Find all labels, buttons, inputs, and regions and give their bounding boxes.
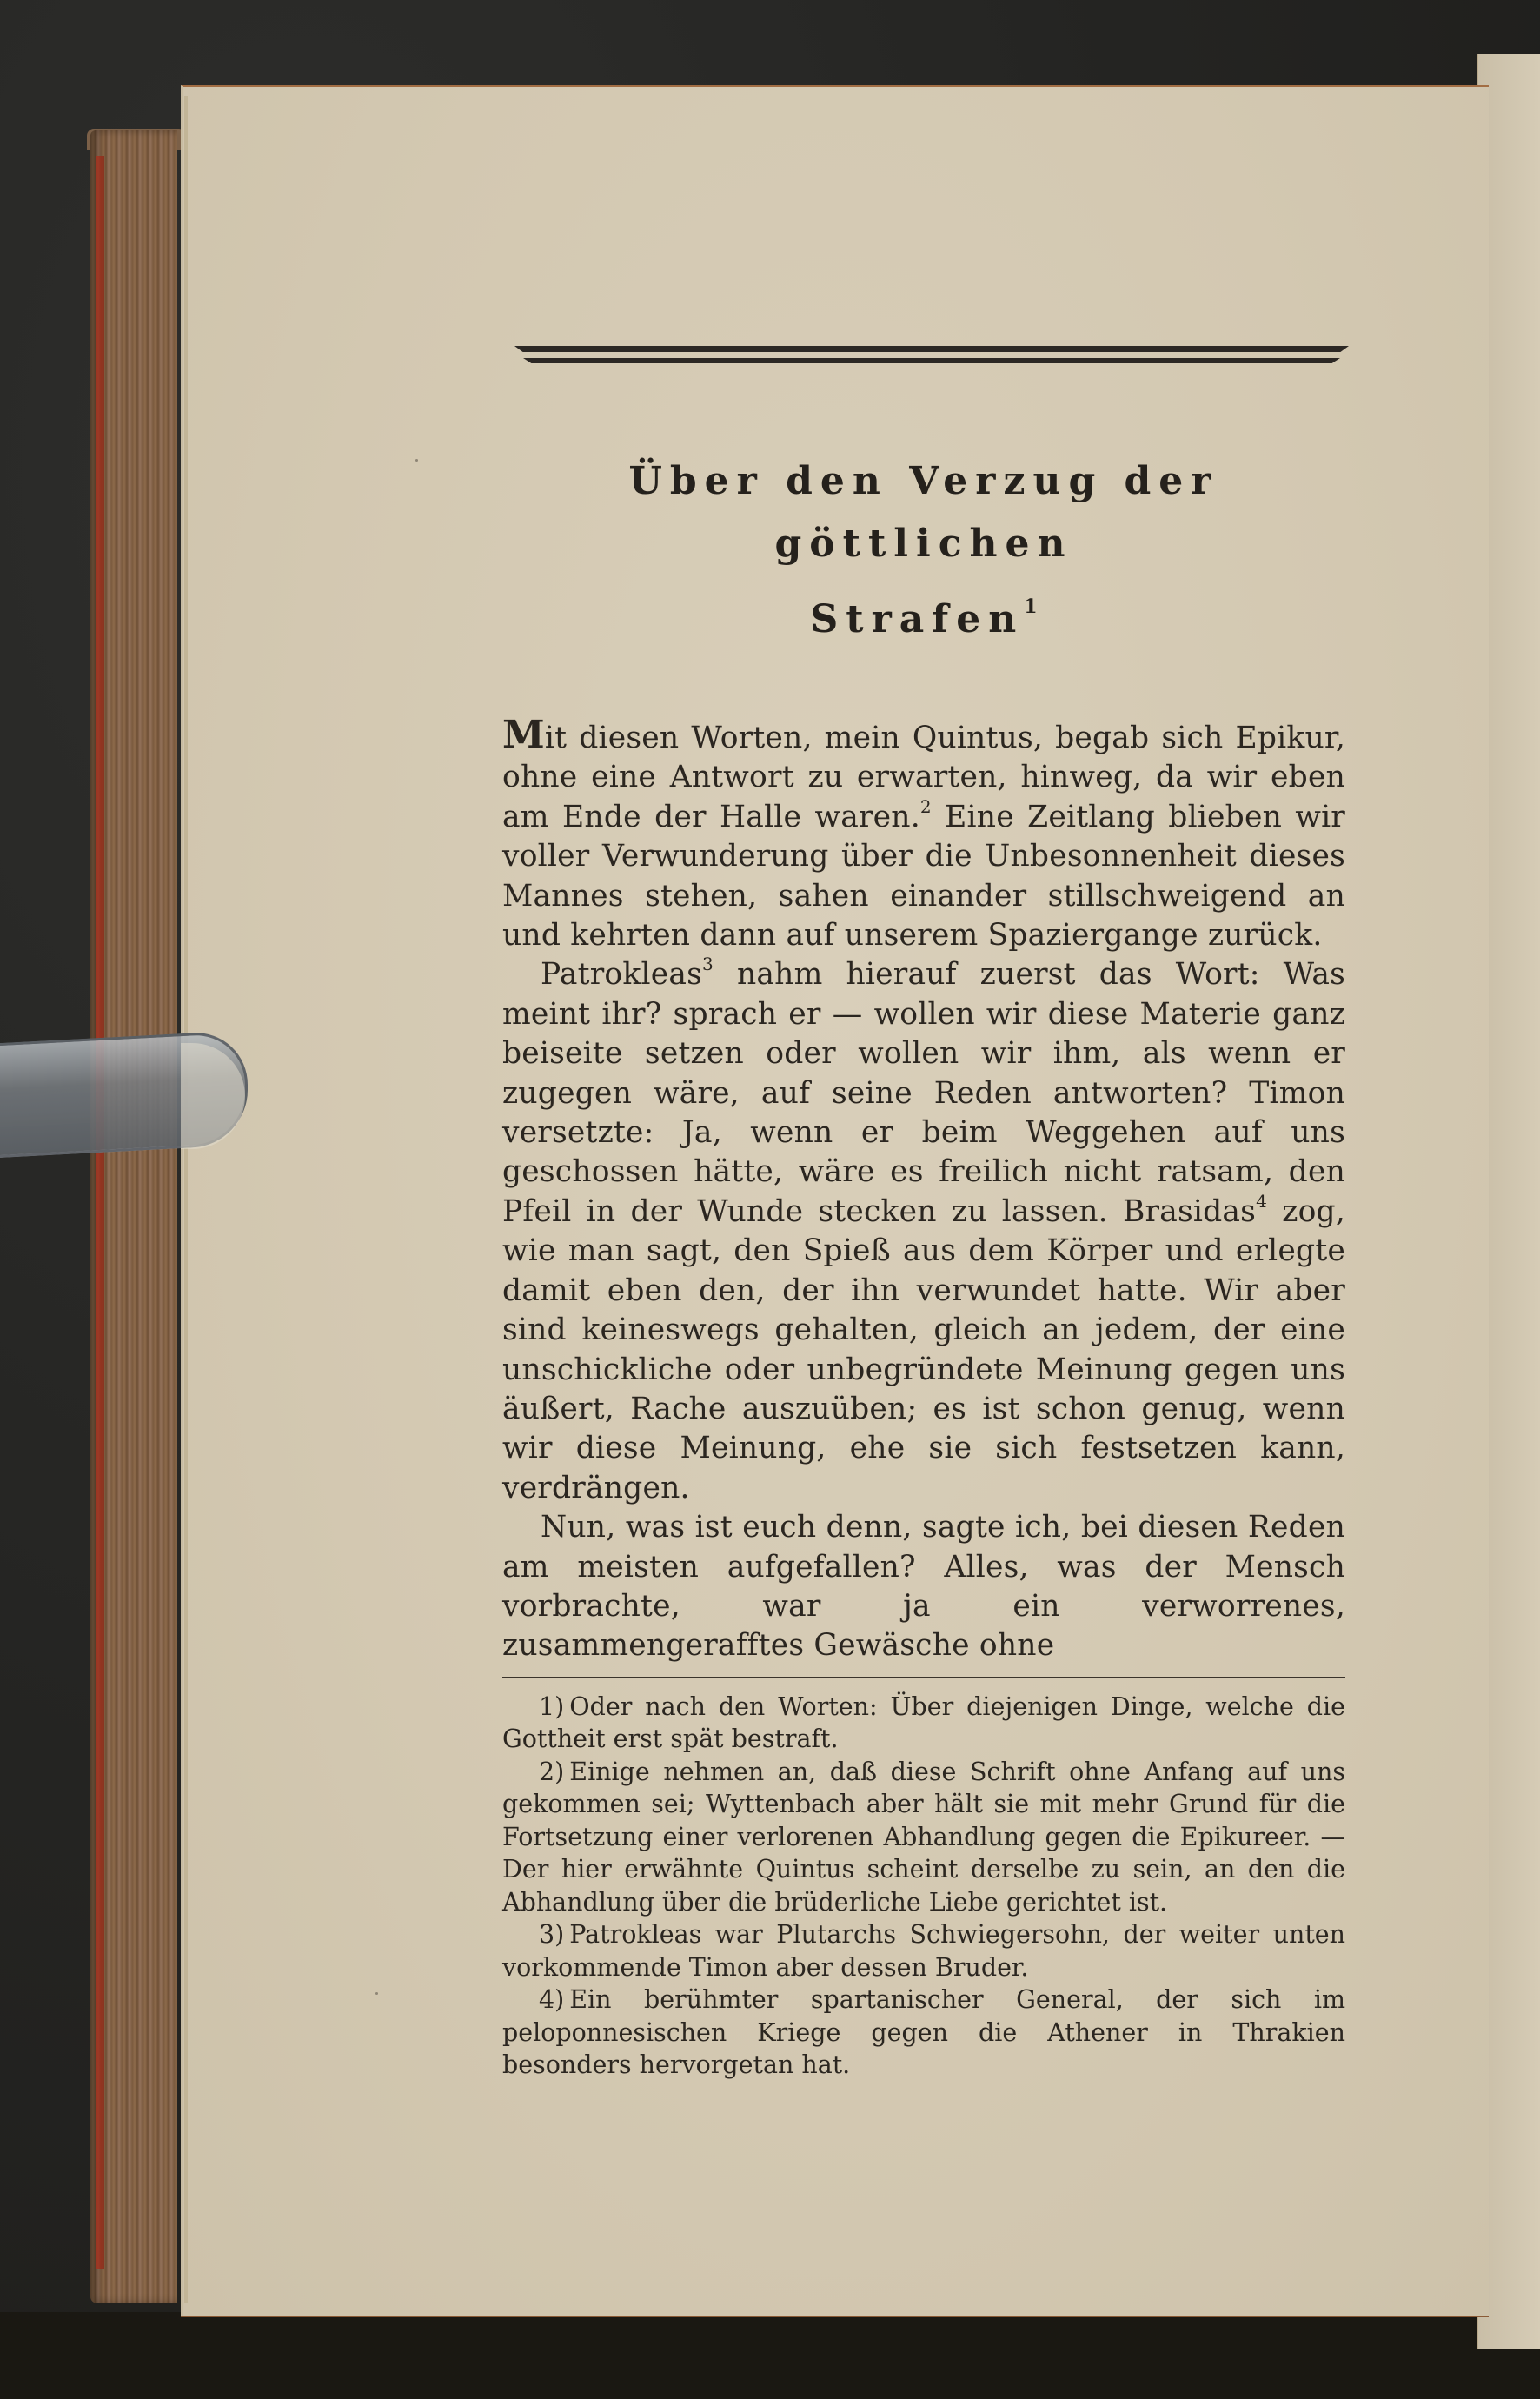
footnote-text: Patrokleas war Plutarchs Schwiegersohn, … <box>502 1920 1345 1982</box>
paragraph-text: nahm hierauf zuerst das Wort: Was meint … <box>502 957 1345 1228</box>
paragraph-text: Patrokleas <box>541 957 702 992</box>
table-surface <box>0 2312 1540 2399</box>
page-gutter-edge <box>184 96 188 2303</box>
footnote-text: Ein berühmter spartanischer General, der… <box>502 1985 1345 2079</box>
title-line-2: Strafen1 <box>502 575 1345 651</box>
footnote-text: Oder nach den Worten: Über diejenigen Di… <box>502 1692 1345 1754</box>
footnote-text: Einige nehmen an, daß diese Schrift ohne… <box>502 1758 1345 1917</box>
paragraph-text: zog, wie man sagt, den Spieß aus dem Kör… <box>502 1194 1345 1505</box>
page-block-edge <box>90 130 177 2303</box>
page-content: Über den Verzug der göttlichen Strafen1 … <box>502 339 1345 2082</box>
header-double-rule <box>514 339 1349 365</box>
footnote-reference: 3 <box>702 954 714 974</box>
footnote: 4)Ein berühmter spartanischer General, d… <box>502 1984 1345 2082</box>
body-paragraph: Nun, was ist euch denn, sagte ich, bei d… <box>502 1508 1345 1666</box>
footnote-divider <box>502 1677 1345 1678</box>
body-paragraph: Patrokleas3 nahm hierauf zuerst das Wort… <box>502 955 1345 1508</box>
body-paragraph: Mit diesen Worten, mein Quintus, begab s… <box>502 715 1345 955</box>
paragraph-text: Nun, was ist euch denn, sagte ich, bei d… <box>502 1510 1345 1663</box>
footnote-number: 3) <box>539 1920 564 1949</box>
footnote: 1)Oder nach den Worten: Über diejenigen … <box>502 1691 1345 1756</box>
footnote: 3)Patrokleas war Plutarchs Schwiegersohn… <box>502 1918 1345 1984</box>
chapter-title: Über den Verzug der göttlichen Strafen1 <box>502 450 1345 651</box>
footnote: 2)Einige nehmen an, daß diese Schrift oh… <box>502 1756 1345 1919</box>
body-text: Mit diesen Worten, mein Quintus, begab s… <box>502 715 1345 1666</box>
title-footnote-ref: 1 <box>1024 595 1037 618</box>
footnote-reference: 2 <box>920 796 932 817</box>
footnote-number: 2) <box>539 1758 564 1786</box>
paper-speck <box>415 459 418 462</box>
footnote-number: 1) <box>539 1692 564 1721</box>
footnote-number: 4) <box>539 1985 564 2014</box>
rule-top <box>514 346 1349 352</box>
footnotes: 1)Oder nach den Worten: Über diejenigen … <box>502 1691 1345 2082</box>
title-line-1: Über den Verzug der göttlichen <box>502 450 1345 575</box>
rule-bottom <box>523 358 1340 363</box>
drop-initial: M <box>502 713 545 757</box>
footnote-reference: 4 <box>1256 1191 1267 1212</box>
paper-speck <box>375 1992 378 1995</box>
